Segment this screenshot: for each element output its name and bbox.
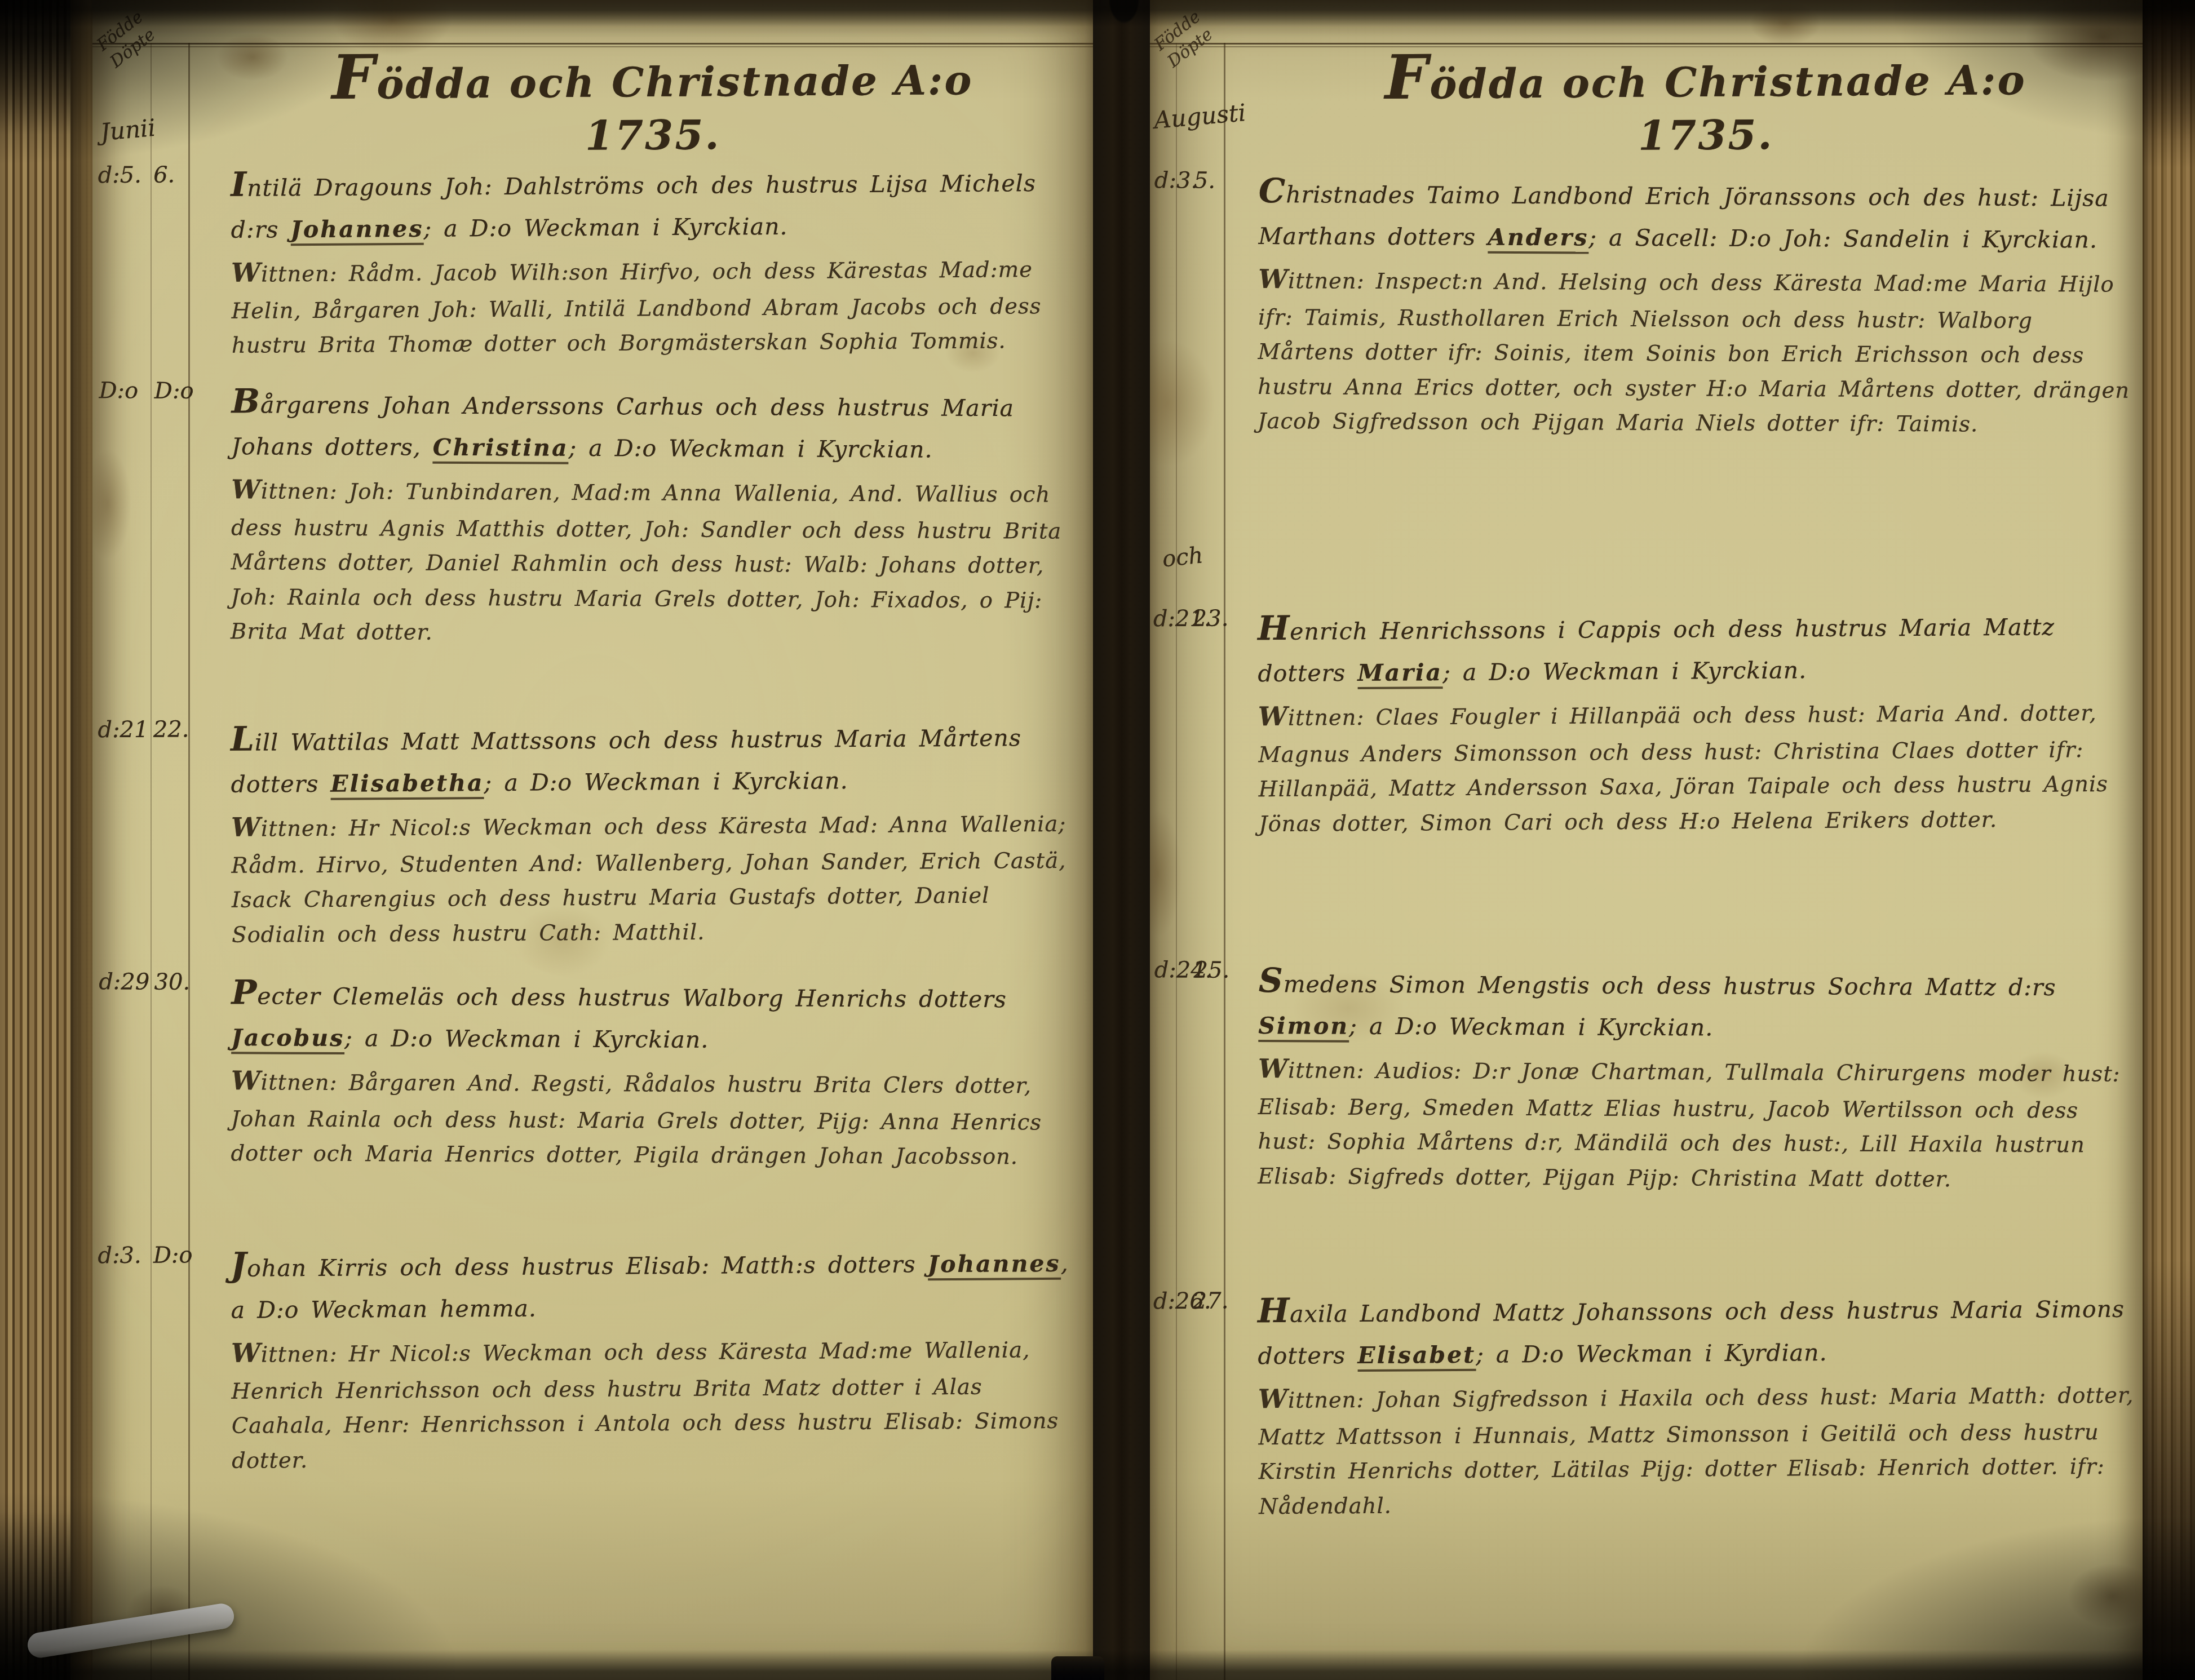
baptism-date: 22.	[153, 716, 189, 742]
record-text: Lill Wattilas Matt Mattssons och dess hu…	[230, 708, 1083, 953]
record-main-after: ; a D:o Weckman i Kyrdian.	[1476, 1339, 1827, 1368]
book-gutter-shadow	[1085, 0, 1159, 1680]
child-name: Johannes	[927, 1250, 1060, 1280]
month-label-augusti: Augusti	[1153, 99, 1247, 134]
right-column-headers: Födde Döpte	[1150, 0, 1247, 72]
record-main: Smedens Simon Mengstis och dess hustrus …	[1259, 970, 2056, 1001]
baptism-record: d:21 22. Lill Wattilas Matt Mattssons oc…	[91, 708, 1083, 954]
baptism-date: D:o	[153, 1242, 192, 1268]
left-column-headers: Födde Döpte	[92, 0, 189, 72]
witnesses-text: Wittnen: Johan Sigfredsson i Haxila och …	[1258, 1373, 2135, 1524]
record-main-after: ; a D:o Weckman i Kyrckian.	[1349, 1013, 1714, 1041]
child-name: Simon	[1259, 1012, 1349, 1043]
record-text: Bårgarens Johan Anderssons Carhus och de…	[231, 375, 1084, 653]
right-page-edges	[2138, 0, 2195, 1680]
left-page: Födde Döpte Födda och Christnade A:o 173…	[92, 0, 1094, 1680]
register-scan: Födde Döpte Födda och Christnade A:o 173…	[0, 0, 2195, 1680]
baptism-date: 30.	[154, 969, 190, 995]
bottom-dark-clip	[1051, 1656, 1104, 1680]
birth-date: d:21	[98, 717, 148, 743]
birth-date: D:o	[99, 378, 138, 404]
baptism-record: d:5. 6. Intilä Dragouns Joh: Dahlströms …	[91, 153, 1083, 365]
gutter-top-notch	[1107, 0, 1141, 27]
child-name: Jacobus	[231, 1024, 344, 1054]
baptism-record: d:24. 25. Smedens Simon Mengstis och des…	[1150, 954, 2135, 1198]
left-page-title: Födda och Christnade A:o 1735.	[272, 37, 1033, 161]
record-main-after: ; a D:o Weckman i Kyrckian.	[423, 213, 787, 242]
witnesses-text: Wittnen: Joh: Tunbindaren, Mad:m Anna Wa…	[231, 469, 1083, 653]
left-header-rule	[92, 43, 1094, 48]
birth-date: d:3.	[1154, 167, 1198, 193]
witnesses-text: Wittnen: Hr Nicol:s Weckman och dess Kär…	[231, 1327, 1083, 1478]
birth-date: d:29	[99, 969, 149, 995]
margin-note-och: och	[1161, 542, 1204, 572]
record-text: Johan Kirris och dess hustrus Elisab: Ma…	[230, 1234, 1083, 1479]
child-name: Elisabetha	[330, 769, 484, 800]
record-main-after: ; a D:o Weckman i Kyrckian.	[568, 435, 932, 463]
record-main-after: ; a D:o Weckman i Kyrckian.	[344, 1025, 709, 1053]
witnesses-text: Wittnen: Bårgaren And. Regsti, Rådalos h…	[231, 1060, 1083, 1175]
birth-date: d:5.	[98, 162, 141, 188]
record-main-after: ; a Sacell: D:o Joh: Sandelin i Kyrckian…	[1589, 224, 2098, 254]
record-main: Johan Kirris och dess hustrus Elisab: Ma…	[231, 1251, 928, 1282]
child-name: Maria	[1358, 659, 1443, 689]
witnesses-text: Wittnen: Rådm. Jacob Wilh:son Hirfvo, oc…	[231, 247, 1084, 364]
record-text: Haxila Landbond Mattz Johanssons och des…	[1258, 1279, 2135, 1524]
record-text: Christnades Taimo Landbond Erich Jöranss…	[1258, 165, 2135, 443]
record-main-after: ; a D:o Weckman i Kyrckian.	[484, 767, 848, 796]
witnesses-text: Wittnen: Audios: D:r Jonæ Chartman, Tull…	[1258, 1048, 2135, 1198]
record-text: Intilä Dragouns Joh: Dahlströms och des …	[231, 153, 1084, 364]
baptism-date: 5.	[1194, 168, 1215, 194]
child-name: Anders	[1488, 224, 1589, 254]
right-page: Födde Döpte Födda och Christnade A:o 173…	[1150, 0, 2142, 1680]
record-main-after: ; a D:o Weckman i Kyrckian.	[1442, 657, 1807, 686]
open-book: Födde Döpte Födda och Christnade A:o 173…	[0, 0, 2195, 1680]
baptism-record: d:21. 23. Henrich Henrichssons i Cappis …	[1149, 597, 2135, 843]
baptism-record: d:3. 5. Christnades Taimo Landbond Erich…	[1149, 164, 2135, 443]
child-name: Elisabet	[1358, 1341, 1476, 1371]
child-name: Christina	[432, 434, 568, 464]
right-header-rule	[1150, 43, 2142, 48]
baptism-record: d:3. D:o Johan Kirris och dess hustrus E…	[91, 1234, 1083, 1479]
baptism-record: d:26. 27. Haxila Landbond Mattz Johansso…	[1149, 1279, 2135, 1524]
month-label-junii: Junii	[99, 114, 157, 146]
record-text: Henrich Henrichssons i Cappis och dess h…	[1258, 597, 2135, 842]
baptism-date: 6.	[153, 162, 174, 188]
right-page-title: Födda och Christnade A:o 1735.	[1329, 37, 2083, 161]
birth-date: d:3.	[98, 1243, 141, 1269]
baptism-date: D:o	[154, 378, 193, 404]
record-text: Smedens Simon Mengstis och dess hustrus …	[1258, 954, 2135, 1198]
baptism-date: 27.	[1193, 1288, 1229, 1314]
record-text: Pecter Clemeläs och dess hustrus Walborg…	[231, 966, 1083, 1174]
witnesses-text: Wittnen: Inspect:n And. Helsing och dess…	[1258, 259, 2134, 443]
baptism-date: 23.	[1193, 606, 1229, 632]
witnesses-text: Wittnen: Claes Fougler i Hillanpää och d…	[1258, 691, 2135, 842]
baptism-record: d:29 30. Pecter Clemeläs och dess hustru…	[92, 965, 1083, 1174]
baptism-date: 25.	[1194, 958, 1230, 983]
child-name: Johannes	[290, 215, 423, 246]
record-main: Pecter Clemeläs och dess hustrus Walborg…	[231, 982, 1006, 1013]
baptism-record: D:o D:o Bårgarens Johan Anderssons Carhu…	[91, 374, 1083, 653]
witnesses-text: Wittnen: Hr Nicol:s Weckman och dess Kär…	[231, 801, 1083, 952]
